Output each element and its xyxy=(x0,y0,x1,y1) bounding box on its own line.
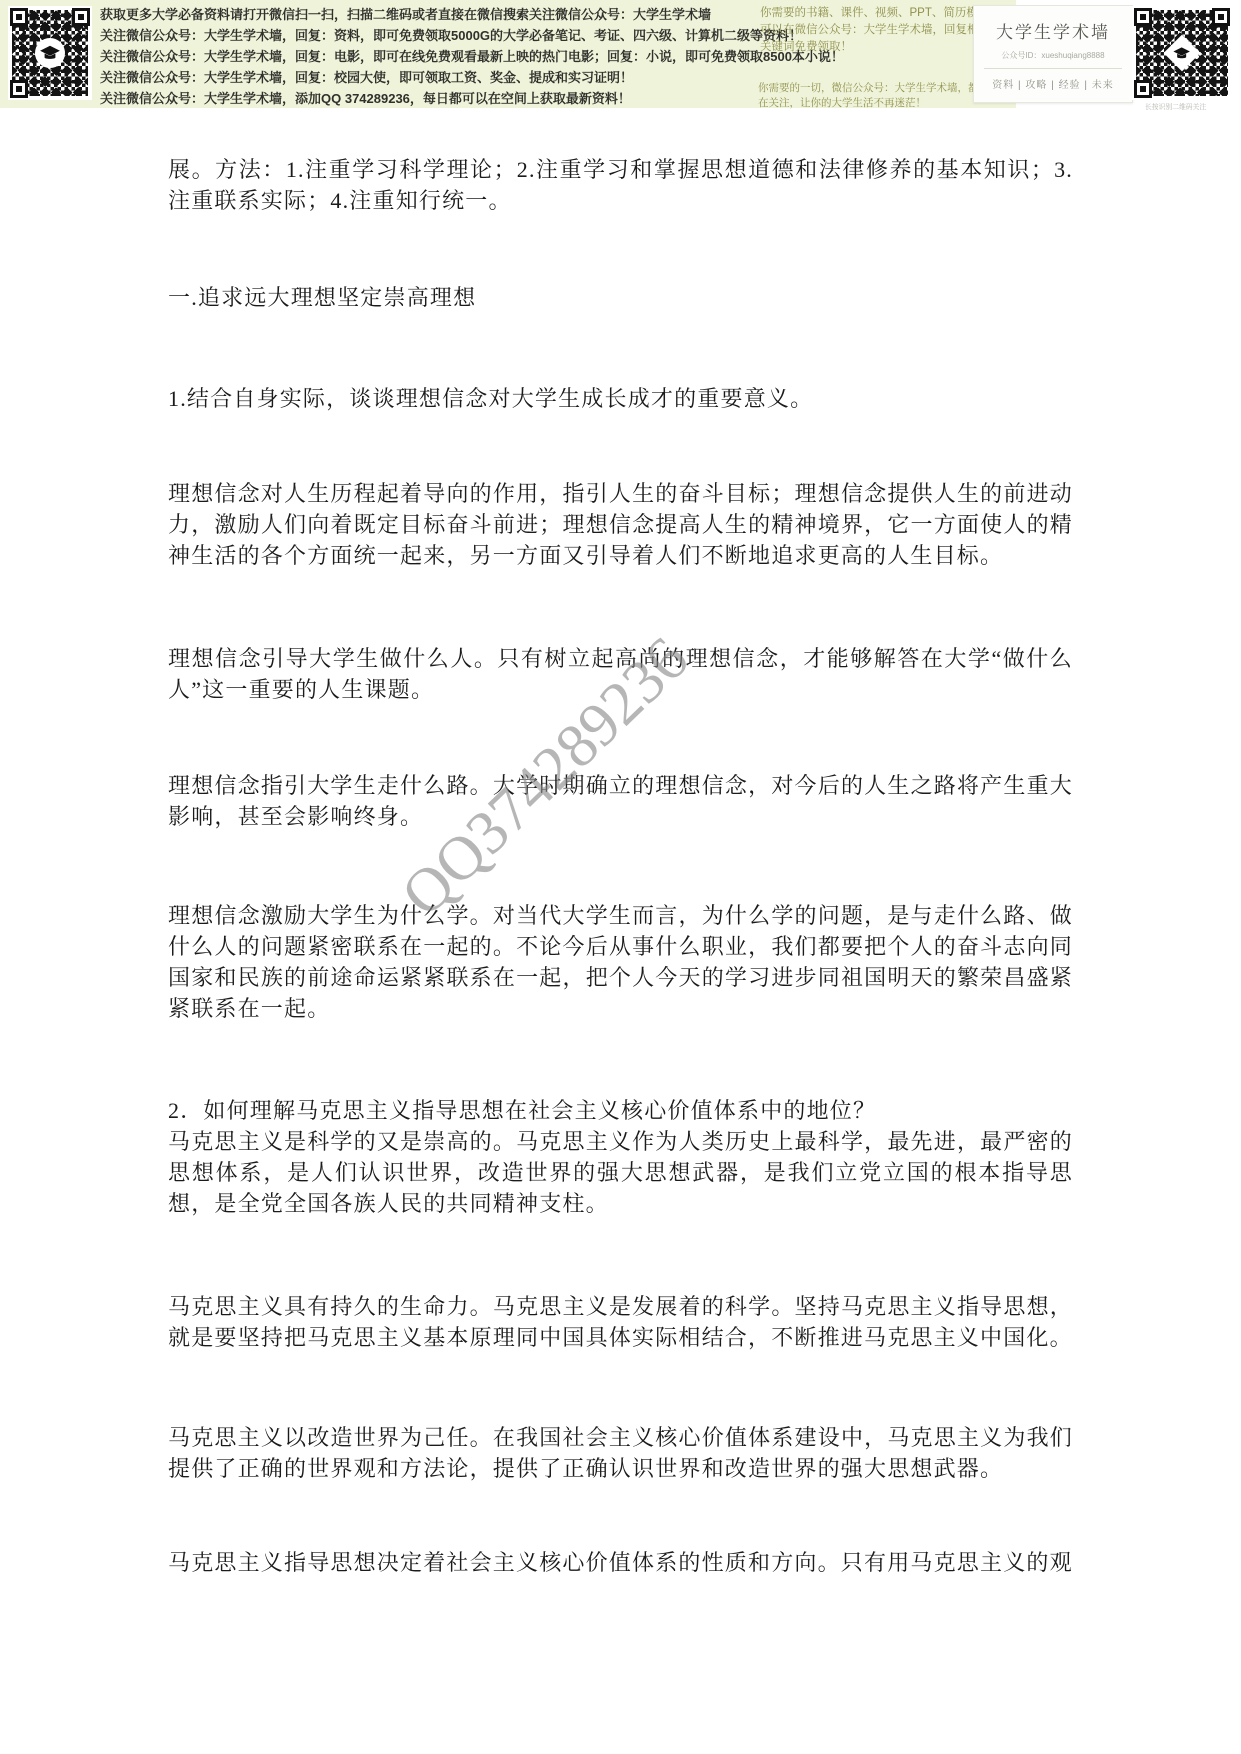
document-body: 展。方法：1.注重学习科学理论；2.注重学习和掌握思想道德和法律修养的基本知识；… xyxy=(0,108,1241,1578)
qr-finder-icon xyxy=(1212,8,1230,26)
qr-finder-icon xyxy=(1134,8,1152,26)
paragraph: 理想信念指引大学生走什么路。大学时期确立的理想信念，对今后的人生之路将产生重大影… xyxy=(0,770,1241,832)
paragraph: 理想信念引导大学生做什么人。只有树立起高尚的理想信念，才能够解答在大学“做什么人… xyxy=(0,643,1241,705)
paragraph: 马克思主义具有持久的生命力。马克思主义是发展着的科学。坚持马克思主义指导思想，就… xyxy=(0,1291,1241,1353)
qr-finder-icon xyxy=(72,8,90,26)
section-heading: 一.追求远大理想坚定崇高理想 xyxy=(0,282,1241,313)
question-2: 2．如何理解马克思主义指导思想在社会主义核心价值体系中的地位？ xyxy=(0,1095,1241,1126)
promo-text-block: 获取更多大学必备资料请打开微信扫一扫，扫描二维码或者直接在微信搜索关注微信公众号… xyxy=(100,4,860,109)
paragraph: 马克思主义指导思想决定着社会主义核心价值体系的性质和方向。只有用马克思主义的观 xyxy=(0,1547,1241,1578)
promo-line: 关注微信公众号：大学生学术墙，添加QQ 374289236，每日都可以在空间上获… xyxy=(100,88,860,109)
card-tags: 资料 | 攻略 | 经验 | 未来 xyxy=(974,76,1132,91)
paragraph-continuation: 展。方法：1.注重学习科学理论；2.注重学习和掌握思想道德和法律修养的基本知识；… xyxy=(0,154,1241,216)
paragraph: 马克思主义以改造世界为己任。在我国社会主义核心价值体系建设中，马克思主义为我们提… xyxy=(0,1422,1241,1484)
qr-finder-icon xyxy=(10,80,28,98)
qr-finder-icon xyxy=(1134,80,1152,98)
paragraph: 马克思主义是科学的又是崇高的。马克思主义作为人类历史上最科学，最先进，最严密的思… xyxy=(0,1126,1241,1219)
promo-line: 关注微信公众号：大学生学术墙，回复：资料，即可免费领取5000G的大学必备笔记、… xyxy=(100,25,860,46)
promo-line: 关注微信公众号：大学生学术墙，回复：校园大使，即可领取工资、奖金、提成和实习证明… xyxy=(100,67,860,88)
card-account-id: 公众号ID：xueshuqiang8888 xyxy=(974,50,1132,61)
side-note-primary: 你需要的书籍、课件、视频、PPT、简历模板都可以在微信公众号：大学生学术墙，回复… xyxy=(760,5,1008,56)
card-title: 大学生学术墙 xyxy=(974,18,1132,43)
question-1: 1.结合自身实际，谈谈理想信念对大学生成长成才的重要意义。 xyxy=(0,383,1241,414)
promo-line: 关注微信公众号：大学生学术墙，回复：电影，即可在线免费观看最新上映的热门电影；回… xyxy=(100,46,860,67)
paragraph: 理想信念激励大学生为什么学。对当代大学生而言，为什么学的问题，是与走什么路、做什… xyxy=(0,900,1241,1024)
official-account-card: 大学生学术墙 公众号ID：xueshuqiang8888 资料 | 攻略 | 经… xyxy=(973,5,1133,103)
promo-line: 获取更多大学必备资料请打开微信扫一扫，扫描二维码或者直接在微信搜索关注微信公众号… xyxy=(100,4,860,25)
qr-code-left xyxy=(8,6,92,100)
graduation-cap-icon xyxy=(35,38,65,68)
document-page: 获取更多大学必备资料请打开微信扫一扫，扫描二维码或者直接在微信搜索关注微信公众号… xyxy=(0,0,1241,1754)
card-divider xyxy=(984,68,1122,69)
promo-banner: 获取更多大学必备资料请打开微信扫一扫，扫描二维码或者直接在微信搜索关注微信公众号… xyxy=(0,0,1016,108)
qr-finder-icon xyxy=(10,8,28,26)
qr-code-right xyxy=(1132,6,1232,100)
paragraph: 理想信念对人生历程起着导向的作用，指引人生的奋斗目标；理想信念提供人生的前进动力… xyxy=(0,478,1241,571)
